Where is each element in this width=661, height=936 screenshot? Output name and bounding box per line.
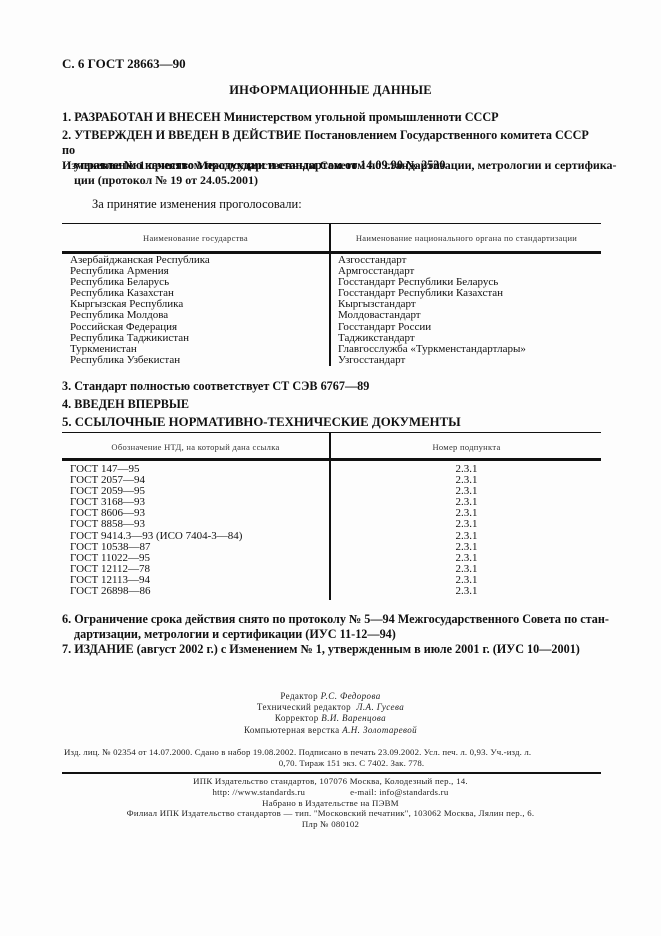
section-title: ИНФОРМАЦИОННЫЕ ДАННЫЕ [0, 83, 661, 98]
references-table: Обозначение НТД, на который дана ссылка … [62, 432, 601, 602]
publisher-info: ИПК Издательство стандартов, 107076 Моск… [0, 776, 661, 830]
states-column: Азербайджанская Республика Республика Ар… [70, 255, 210, 366]
body-row: Молдовастандарт [338, 310, 526, 321]
imprint-line2: 0,70. Тираж 151 экз. С 7402. Зак. 778. [64, 758, 599, 769]
item-3: 3. Стандарт полностью соответствует СТ С… [62, 379, 602, 394]
document-row: ГОСТ 9414.3—93 (ИСО 7404-3—84) [70, 531, 242, 542]
header-subclause: Номер подпункта [332, 442, 601, 452]
subclause-row: 2.3.1 [332, 531, 601, 542]
imprint-line1: Изд. лиц. № 02354 от 14.07.2000. Сдано в… [64, 747, 599, 758]
votes-table: Наименование государства Наименование на… [62, 223, 601, 368]
publisher-branch: Филиал ИПК Издательство стандартов — тип… [0, 808, 661, 819]
item-1-label: 1. РАЗРАБОТАН И ВНЕСЕН [62, 110, 221, 124]
publisher-address: ИПК Издательство стандартов, 107076 Моск… [0, 776, 661, 787]
item-6-line2: дартизации, метрологии и сертификации (И… [62, 627, 602, 642]
item-1-text: Министерством угольной промышленноти ССС… [224, 110, 499, 124]
publisher-typeset: Набрано в Издательстве на ПЭВМ [0, 798, 661, 809]
publisher-email[interactable]: e-mail: info@standards.ru [350, 787, 448, 797]
publisher-license: Плр № 080102 [0, 819, 661, 830]
imprint: Изд. лиц. № 02354 от 14.07.2000. Сдано в… [64, 747, 599, 769]
credit-layout: Компьютерная верстка А.Н. Золотаревой [0, 725, 661, 736]
credit-editor: Редактор Р.С. Федорова [0, 691, 661, 702]
item-1: 1. РАЗРАБОТАН И ВНЕСЕН Министерством уго… [62, 110, 602, 125]
page-header: С. 6 ГОСТ 28663—90 [62, 56, 186, 72]
item-5: 5. ССЫЛОЧНЫЕ НОРМАТИВНО-ТЕХНИЧЕСКИЕ ДОКУ… [62, 415, 602, 430]
documents-column: ГОСТ 147—95 ГОСТ 2057—94 ГОСТ 2059—95 ГО… [70, 464, 242, 597]
amendment-line2: ции (протокол № 19 от 24.05.2001) [62, 173, 602, 188]
subclauses-column: 2.3.1 2.3.1 2.3.1 2.3.1 2.3.1 2.3.1 2.3.… [332, 464, 601, 597]
document-row: ГОСТ 8858—93 [70, 519, 242, 530]
state-row: Республика Узбекистан [70, 355, 210, 366]
state-row: Российская Федерация [70, 322, 210, 333]
header-document: Обозначение НТД, на который дана ссылка [62, 442, 329, 452]
item-2-label: 2. УТВЕРЖДЕН И ВВЕДЕН В ДЕЙСТВИЕ [62, 128, 301, 142]
item-4: 4. ВВЕДЕН ВПЕРВЫЕ [62, 397, 602, 412]
credit-tech-editor: Технический редактор Л.А. Гусева [0, 702, 661, 713]
subclause-row: 2.3.1 [332, 586, 601, 597]
credits: Редактор Р.С. Федорова Технический редак… [0, 691, 661, 736]
column-divider [329, 223, 331, 366]
state-row: Республика Молдова [70, 310, 210, 321]
table-top-rule [62, 432, 601, 433]
publisher-contacts: http: //www.standards.ru e-mail: info@st… [0, 787, 661, 798]
item-7: 7. ИЗДАНИЕ (август 2002 г.) с Изменением… [62, 642, 602, 657]
body-row: Узгосстандарт [338, 355, 526, 366]
footer-divider [62, 772, 601, 774]
item-6-line1: 6. Ограничение срока действия снято по п… [62, 612, 602, 627]
voted-caption: За принятие изменения проголосовали: [92, 197, 302, 212]
amendment-line1: Изменение № 1 принято Межгосударственным… [62, 158, 602, 173]
document-row: ГОСТ 26898—86 [70, 586, 242, 597]
header-body: Наименование национального органа по ста… [332, 233, 601, 243]
item-6: 6. Ограничение срока действия снято по п… [62, 612, 602, 642]
credit-proofreader: Корректор В.И. Варенцова [0, 713, 661, 724]
body-row: Госстандарт России [338, 322, 526, 333]
header-state: Наименование государства [62, 233, 329, 243]
header-rule [62, 458, 601, 461]
bodies-column: Азгосстандарт Армгосстандарт Госстандарт… [338, 255, 526, 366]
amendment-note: Изменение № 1 принято Межгосударственным… [62, 158, 602, 188]
subclause-row: 2.3.1 [332, 519, 601, 530]
table-top-rule [62, 223, 601, 224]
publisher-url[interactable]: http: //www.standards.ru [213, 787, 306, 797]
